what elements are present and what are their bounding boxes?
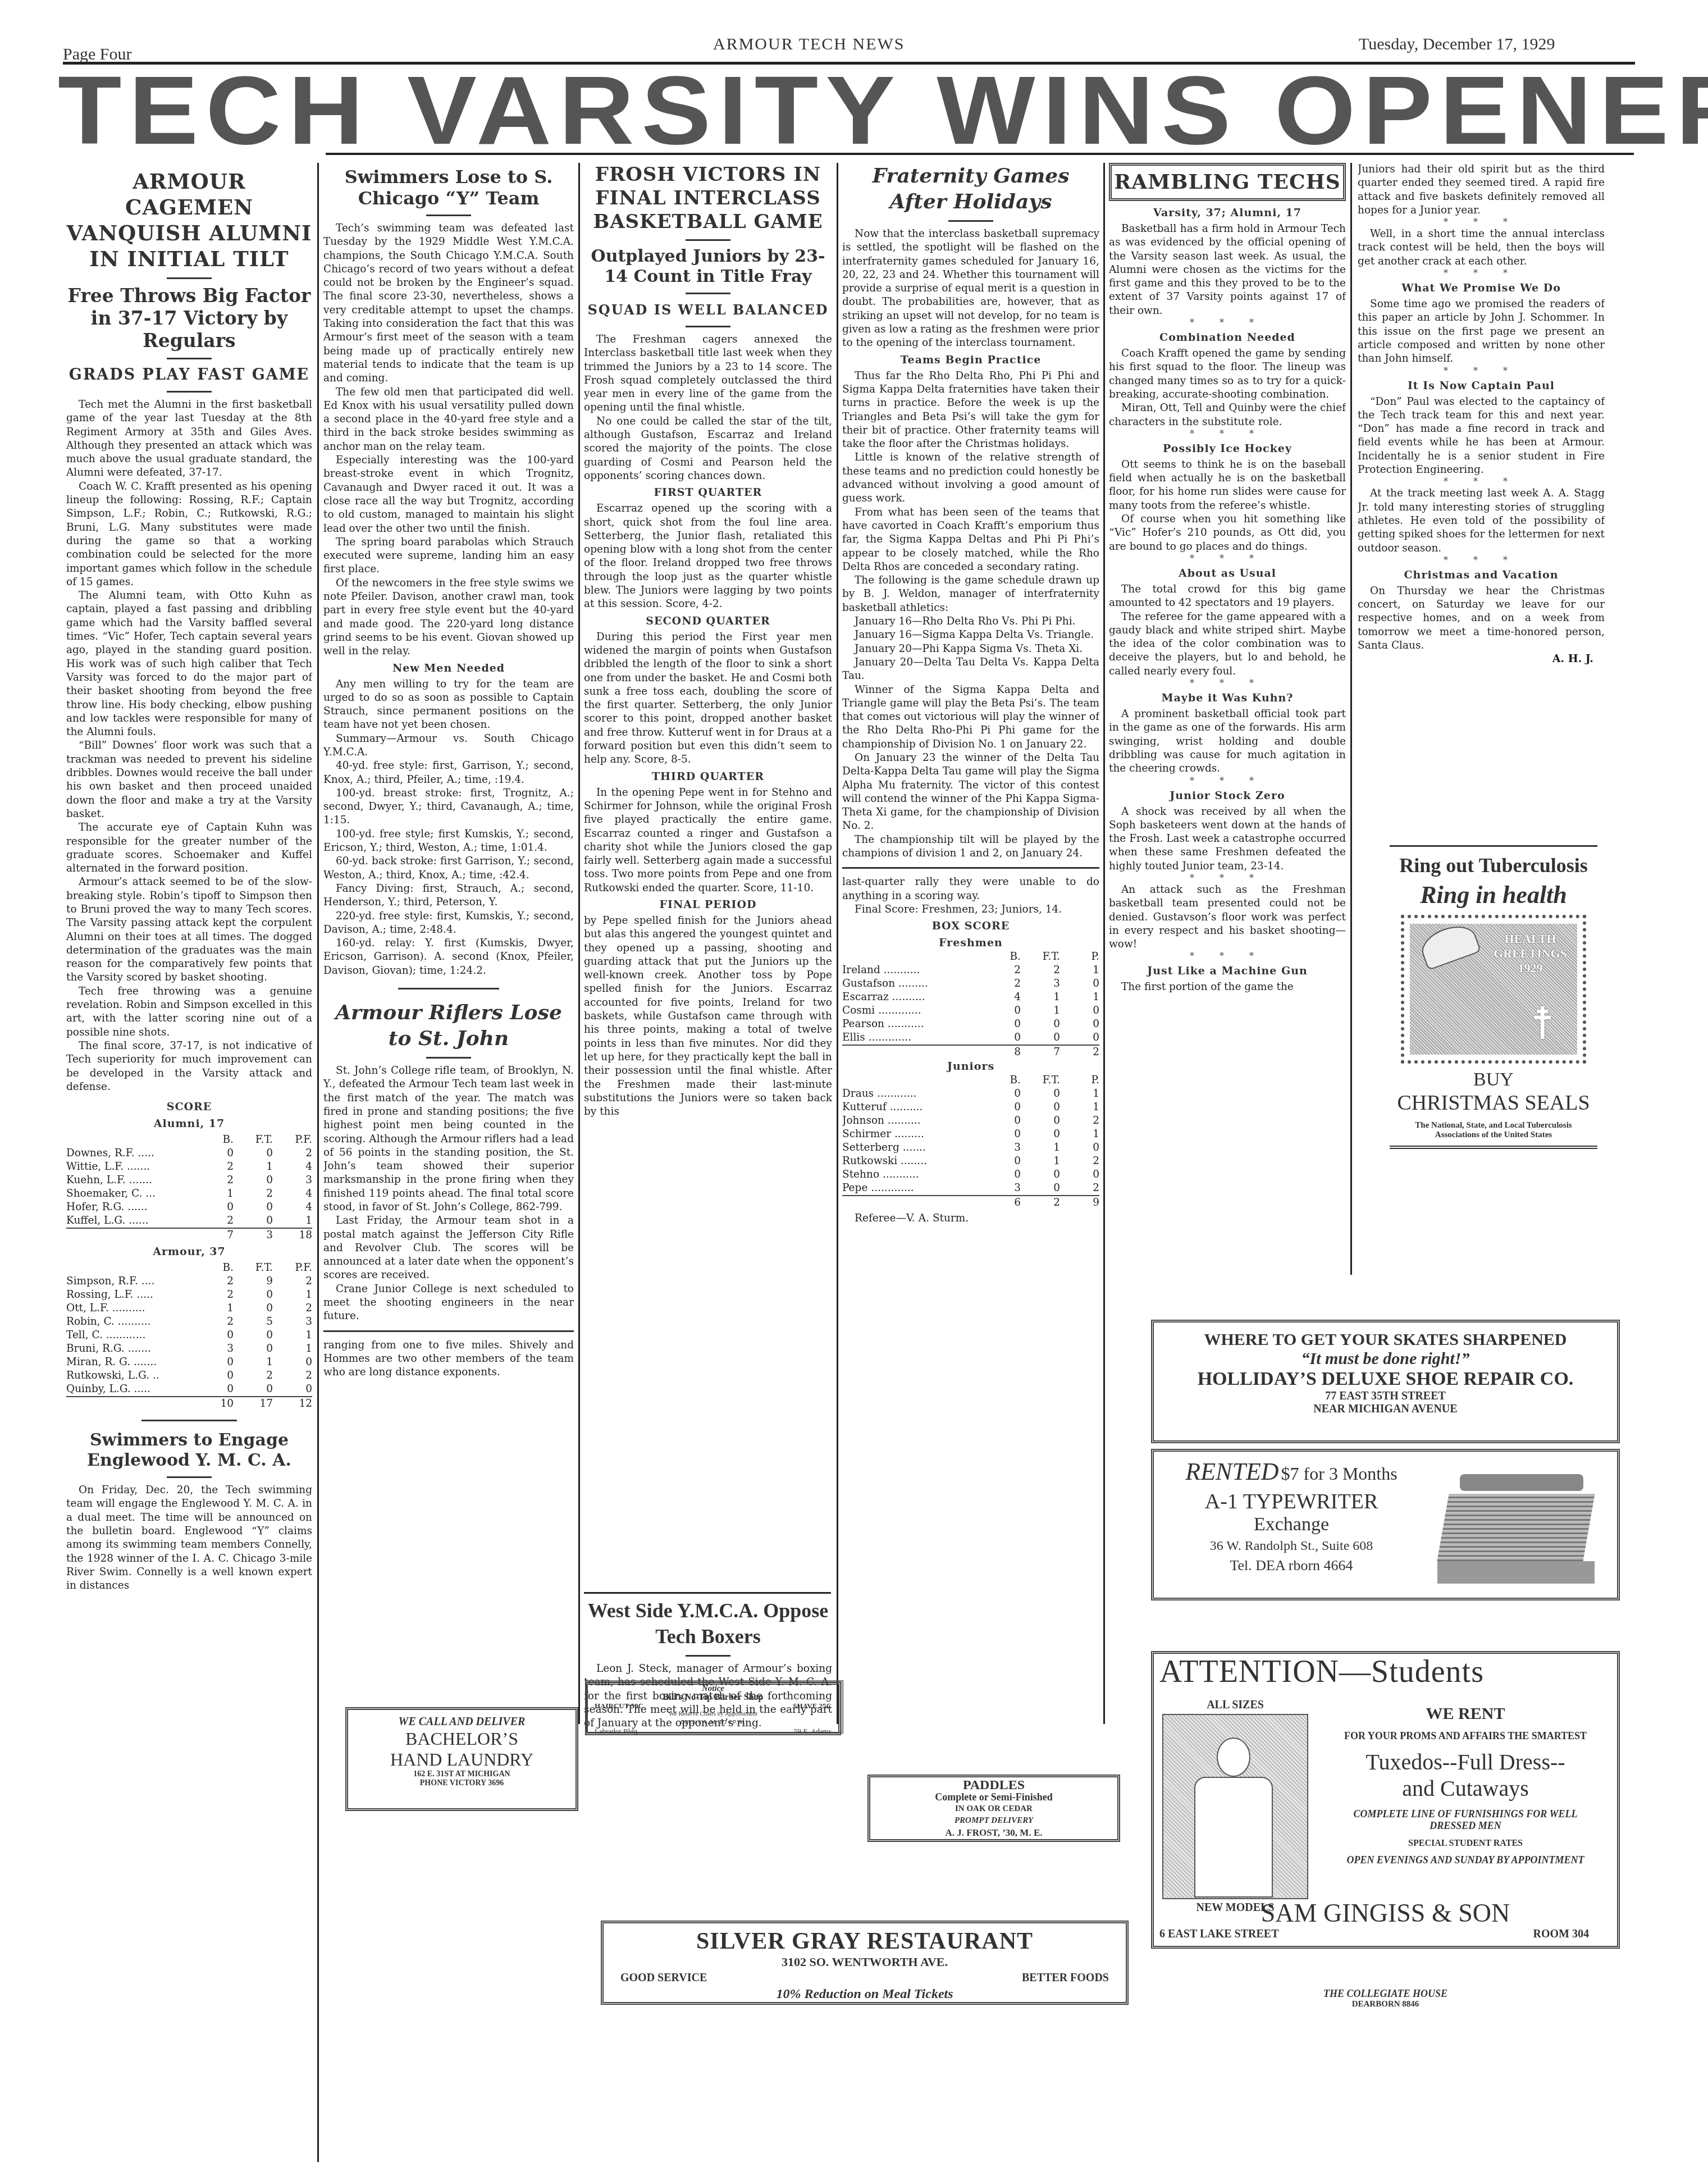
column-title: RAMBLING TECHS — [1112, 169, 1343, 195]
ad-line: OPEN 8 A. M. TO 6 P. M. — [588, 1718, 838, 1727]
divider — [426, 215, 471, 216]
paragraph: Winner of the Sigma Kappa Delta and Tria… — [842, 683, 1099, 751]
paragraph: The few old men that participated did we… — [323, 386, 574, 454]
item-heading: What We Promise We Do — [1358, 281, 1605, 295]
item-heading: Varsity, 37; Alumni, 17 — [1109, 206, 1346, 220]
ad-line: 77 EAST 35TH STREET — [1154, 1390, 1617, 1403]
article-swimmers-lose: Swimmers Lose to S. Chicago “Y” Team Tec… — [323, 163, 574, 2128]
ad-line: BETTER FOODS — [1022, 1972, 1109, 1985]
ad-tuxedo-rental: ATTENTION—Students ALL SIZES NEW MODELS … — [1151, 1651, 1620, 1949]
paper-name: ARMOUR TECH NEWS — [713, 35, 905, 54]
ad-paddles: PADDLES Complete or Semi-Finished IN OAK… — [867, 1775, 1120, 1842]
paragraph: “Bill” Downes’ floor work was such that … — [66, 739, 312, 821]
ad-line: 6 EAST LAKE STREET — [1159, 1928, 1279, 1941]
ad-line: GOOD SERVICE — [620, 1972, 707, 1985]
headline-rule — [326, 153, 1634, 155]
item-text: Basketball has a firm hold in Armour Tec… — [1109, 222, 1346, 318]
ad-silver-gray-restaurant: SILVER GRAY RESTAURANT 3102 SO. WENTWORT… — [601, 1921, 1129, 2005]
schedule-item: January 16—Sigma Kappa Delta Vs. Triangl… — [842, 628, 1099, 642]
subhead: Teams Begin Practice — [842, 353, 1099, 367]
table-row: Quinby, L.G. .....000 — [66, 1383, 312, 1397]
ad-line: and Cutaways — [1317, 1775, 1614, 1802]
divider — [141, 1420, 237, 1421]
paragraph: From what has been seen of the teams tha… — [842, 506, 1099, 574]
ad-line: COMPLETE LINE OF FURNISHINGS FOR WELL DR… — [1333, 1808, 1597, 1832]
item-text: Coach Krafft opened the game by sending … — [1109, 347, 1346, 402]
table-row: Miran, R. G. .......010 — [66, 1356, 312, 1369]
table-row: Ellis .............000 — [842, 1031, 1099, 1045]
paragraph: The final score, 37-17, is not indicativ… — [66, 1039, 312, 1094]
column-title-box: RAMBLING TECHS — [1109, 163, 1346, 201]
ad-line: IN OAK OR CEDAR — [870, 1803, 1117, 1815]
ad-line: HAIRCUT 50C — [595, 1702, 643, 1710]
totals-row: 629 — [842, 1196, 1099, 1210]
tux-ad-footer: THE COLLEGIATE HOUSE DEARBORN 8846 — [1151, 1988, 1620, 2009]
item-text: The first portion of the game the — [1109, 980, 1346, 994]
ad-line: Notice — [588, 1685, 838, 1693]
stamp-text: GREETINGS — [1494, 946, 1567, 961]
column-divider — [837, 163, 838, 1724]
article-deck: Free Throws Big Factor in 37-17 Victory … — [66, 285, 312, 352]
item-text: Miran, Ott, Tell and Quinby were the chi… — [1109, 402, 1346, 429]
table-row: Ireland ...........221 — [842, 964, 1099, 977]
ad-line: PROMPT DELIVERY — [870, 1815, 1117, 1827]
article-frosh-victors: FROSH VICTORS IN FINAL INTERCLASS BASKET… — [584, 163, 832, 1544]
ad-line: Ring in health — [1376, 881, 1611, 909]
typewriter-illustration — [1437, 1474, 1600, 1586]
column-rambling-techs-continued: Juniors had their old spirit but as the … — [1358, 163, 1605, 837]
paragraph: Escarraz opened up the scoring with a sh… — [584, 502, 832, 611]
table-row: Hofer, R.G. ......004 — [66, 1201, 312, 1214]
table-row: Shoemaker, C. ...124 — [66, 1187, 312, 1201]
separator-stars: * * * — [1358, 477, 1605, 487]
item-text: The referee for the game appeared with a… — [1109, 610, 1346, 678]
divider — [686, 239, 730, 241]
ad-line: 10% Reduction on Meal Tickets — [604, 1987, 1126, 2002]
ad-line: HOLLIDAY’S DELUXE SHOE REPAIR CO. — [1154, 1369, 1617, 1390]
divider — [426, 1057, 471, 1059]
ad-line: DEARBORN 8846 — [1151, 2000, 1620, 2009]
ad-line: FOR YOUR PROMS AND AFFAIRS THE SMARTEST — [1339, 1730, 1592, 1742]
stamp-text: 1929 — [1494, 961, 1567, 975]
paragraph: Armour’s attack seemed to be of the slow… — [66, 875, 312, 984]
table-row: Pepe .............302 — [842, 1182, 1099, 1196]
item-text: Of course when you hit something like “V… — [1109, 513, 1346, 554]
team-armour: Armour, 37 — [66, 1244, 312, 1259]
schedule-item: January 20—Delta Tau Delta Vs. Kappa Del… — [842, 656, 1099, 683]
paragraph: The championship tilt will be played by … — [842, 833, 1099, 861]
paragraph: Summary—Armour vs. South Chicago Y.M.C.A… — [323, 732, 574, 760]
ad-line: A-1 TYPEWRITER — [1159, 1489, 1423, 1514]
divider — [167, 391, 212, 393]
article-title: West Side Y.M.C.A. Oppose Tech Boxers — [584, 1598, 832, 1649]
ad-line: ATTENTION—Students — [1154, 1654, 1617, 1690]
ad-line: ALL SIZES — [1159, 1699, 1311, 1712]
paragraph: On January 23 the winner of the Delta Ta… — [842, 751, 1099, 833]
ad-line: RENTED — [1185, 1458, 1278, 1485]
divider — [1390, 1146, 1597, 1149]
divider — [323, 1330, 574, 1332]
paragraph: The Freshman cagers annexed the Intercla… — [584, 333, 832, 415]
ad-line: $7 for 3 Months — [1281, 1463, 1398, 1484]
article-title-swimmers-engage: Swimmers to Engage Englewood Y. M. C. A. — [66, 1430, 312, 1471]
ad-line: “It must be done right!” — [1154, 1349, 1617, 1369]
paragraph: Any men willing to try for the team are … — [323, 678, 574, 732]
separator-stars: * * * — [1109, 678, 1346, 688]
separator-stars: * * * — [1109, 873, 1346, 883]
table-row: Downes, R.F. .....002 — [66, 1147, 312, 1160]
subhead: New Men Needed — [323, 661, 574, 676]
divider — [686, 326, 730, 327]
table-row: Stehno ...........000 — [842, 1168, 1099, 1182]
item-text: The total crowd for this big game amount… — [1109, 583, 1346, 610]
item-heading: It Is Now Captain Paul — [1358, 378, 1605, 393]
article-fraternity-games: Fraternity Games After Holidays Now that… — [842, 163, 1099, 1724]
paragraph: by Pepe spelled finish for the Juniors a… — [584, 914, 832, 1119]
table-row: Rossing, L.F. .....201 — [66, 1288, 312, 1302]
table-row: Kuehn, L.F. .......203 — [66, 1174, 312, 1187]
final-score: Final Score: Freshmen, 23; Juniors, 14. — [842, 903, 1099, 916]
divider — [167, 358, 212, 359]
issue-date: Tuesday, December 17, 1929 — [1359, 35, 1555, 54]
column-divider — [317, 163, 319, 2162]
ad-line: THE COLLEGIATE HOUSE — [1151, 1988, 1620, 2000]
ad-line: Tel. DEA rborn 4664 — [1159, 1557, 1423, 1574]
separator-stars: * * * — [1358, 555, 1605, 565]
ad-line: SAM GINGISS & SON — [1154, 1898, 1617, 1928]
paragraph: The Alumni team, with Otto Kuhn as capta… — [66, 589, 312, 739]
paragraph: 100-yd. free style; first Kumskis, Y.; s… — [323, 828, 574, 855]
ad-line: WHERE TO GET YOUR SKATES SHARPENED — [1154, 1330, 1617, 1349]
ad-line: 3102 SO. WENTWORTH AVE. — [604, 1955, 1126, 1969]
paragraph: 220-yd. free style: first, Kumskis, Y.; … — [323, 910, 574, 937]
separator-stars: * * * — [1358, 217, 1605, 227]
item-heading: Junior Stock Zero — [1109, 788, 1346, 803]
team-alumni: Alumni, 17 — [66, 1116, 312, 1131]
ad-line: ROOM 304 — [1533, 1928, 1589, 1941]
ad-typewriter: RENTED $7 for 3 Months A-1 TYPEWRITER Ex… — [1151, 1449, 1620, 1600]
ad-line: SHAVE 25C — [793, 1702, 832, 1710]
subhead: FINAL PERIOD — [584, 897, 832, 912]
divider — [584, 1592, 831, 1594]
paragraph: 60-yd. back stroke: first Garrison, Y.; … — [323, 855, 574, 882]
table-row: Escarraz ..........411 — [842, 991, 1099, 1004]
schedule-item: January 16—Rho Delta Rho Vs. Phi Pi Phi. — [842, 615, 1099, 628]
ad-line: BUY — [1376, 1069, 1611, 1091]
table-row: Ott, L.F. ..........102 — [66, 1302, 312, 1315]
item-heading: Possibly Ice Hockey — [1109, 441, 1346, 456]
separator-stars: * * * — [1109, 554, 1346, 564]
ad-line: PADDLES — [870, 1780, 1117, 1791]
divider — [1390, 845, 1597, 847]
stamp-illustration: HEALTH GREETINGS 1929 ☨ — [1401, 915, 1586, 1064]
table-row: Simpson, R.F. ....292 — [66, 1275, 312, 1288]
paragraph: 160-yd. relay: Y. first (Kumskis, Dwyer,… — [323, 937, 574, 978]
separator-stars: * * * — [1109, 951, 1346, 961]
ad-line: Tuxedos--Full Dress-- — [1317, 1749, 1614, 1775]
item-text: On Thursday we hear the Christmas concer… — [1358, 585, 1605, 653]
item-text: Juniors had their old spirit but as the … — [1358, 163, 1605, 217]
table-row: Rutkowski, L.G. ..022 — [66, 1369, 312, 1383]
ad-line: We Reserve Chairs by Appointment — [588, 1710, 838, 1718]
paragraph: Tech met the Alumni in the first basketb… — [66, 398, 312, 480]
paragraph: Thus far the Rho Delta Rho, Phi Pi Phi a… — [842, 370, 1099, 451]
paragraph: Little is known of the relative strength… — [842, 451, 1099, 505]
totals-row: 7318 — [66, 1228, 312, 1242]
main-headline: TECH VARSITY WINS OPENER — [56, 73, 1708, 149]
signature: A. H. J. — [1358, 653, 1605, 665]
table-row: Gustafson .........230 — [842, 977, 1099, 991]
separator-stars: * * * — [1109, 429, 1346, 439]
totals-row: 101712 — [66, 1397, 312, 1411]
table-row: Pearson ...........000 — [842, 1018, 1099, 1031]
article-subdeck: SQUAD IS WELL BALANCED — [584, 300, 832, 320]
ad-skates-sharpened: WHERE TO GET YOUR SKATES SHARPENED “It m… — [1151, 1320, 1620, 1443]
article-title: Fraternity Games After Holidays — [842, 163, 1099, 215]
ad-christmas-seals: Ring out Tuberculosis Ring in health HEA… — [1376, 845, 1611, 1278]
bell-icon — [1417, 920, 1481, 971]
table-row: Bruni, R.G. .......301 — [66, 1342, 312, 1356]
ad-line: 59 E. Adams — [794, 1727, 832, 1735]
ad-line: CHRISTMAS SEALS — [1376, 1091, 1611, 1115]
referee: Referee—V. A. Sturm. — [842, 1212, 1099, 1225]
paragraph: Fancy Diving: first, Strauch, A.; second… — [323, 882, 574, 910]
article-title-riflers: Armour Riflers Lose to St. John — [323, 1000, 574, 1051]
item-text: “Don” Paul was elected to the captaincy … — [1358, 395, 1605, 477]
stamp-text: HEALTH — [1494, 932, 1567, 946]
armour-box-score: B.F.T.P.F. Simpson, R.F. ....292 Rossing… — [66, 1261, 312, 1411]
ad-line: OPEN EVENINGS AND SUNDAY BY APPOINTMENT — [1333, 1854, 1597, 1866]
item-text: Some time ago we promised the readers of… — [1358, 298, 1605, 366]
ad-line: NEAR MICHIGAN AVENUE — [1154, 1403, 1617, 1416]
paragraph: Last Friday, the Armour team shot in a p… — [323, 1214, 574, 1282]
separator-stars: * * * — [1109, 776, 1346, 786]
item-heading: Just Like a Machine Gun — [1109, 964, 1346, 978]
divider — [167, 277, 212, 279]
paragraph: In the opening Pepe went in for Stehno a… — [584, 786, 832, 895]
ad-line: Complete or Semi-Finished — [870, 1791, 1117, 1803]
ad-line: HAND LAUNDRY — [348, 1749, 576, 1770]
double-cross-icon: ☨ — [1530, 1002, 1555, 1047]
subhead: THIRD QUARTER — [584, 769, 832, 784]
alumni-box-score: B.F.T.P.F. Downes, R.F. .....002 Wittie,… — [66, 1133, 312, 1242]
paragraph: Especially interesting was the 100-yard … — [323, 454, 574, 536]
ad-line: WE RENT — [1317, 1704, 1614, 1723]
table-row: Cosmi .............010 — [842, 1004, 1099, 1018]
ad-line: SILVER GRAY RESTAURANT — [604, 1928, 1126, 1955]
item-text: A shock was received by all when the Sop… — [1109, 805, 1346, 873]
article-title: FROSH VICTORS IN FINAL INTERCLASS BASKET… — [584, 163, 832, 234]
table-row: Johnson ..........002 — [842, 1114, 1099, 1128]
ad-line: Bill’s No-Tip Barber Shop — [588, 1693, 838, 1702]
table-row: Rutkowski ........012 — [842, 1155, 1099, 1168]
divider — [398, 988, 499, 989]
freshmen-box-score: B.F.T.P. Ireland ...........221 Gustafso… — [842, 950, 1099, 1059]
ad-line: PHONE VICTORY 3696 — [348, 1779, 576, 1788]
table-row: Robin, C. ..........253 — [66, 1315, 312, 1329]
paragraph: Coach W. C. Krafft presented as his open… — [66, 480, 312, 589]
paragraph: Of the newcomers in the free style swims… — [323, 577, 574, 659]
ad-line: The National, State, and Local Tuberculo… — [1398, 1121, 1589, 1140]
paragraph-continued: last-quarter rally they were unable to d… — [842, 875, 1099, 903]
divider — [842, 867, 1099, 869]
article-title: ARMOUR CAGEMEN VANQUISH ALUMNI IN INITIA… — [66, 168, 312, 272]
paragraph: The spring board parabolas which Strauch… — [323, 536, 574, 577]
paragraph: On Friday, Dec. 20, the Tech swimming te… — [66, 1484, 312, 1593]
table-row: Draus ............001 — [842, 1087, 1099, 1101]
separator-stars: * * * — [1358, 366, 1605, 376]
article-deck: Outplayed Juniors by 23-14 Count in Titl… — [584, 247, 832, 287]
ad-line: SPECIAL STUDENT RATES — [1317, 1839, 1614, 1849]
ad-line: 162 E. 31ST AT MICHIGAN — [348, 1770, 576, 1779]
man-in-suit-illustration — [1162, 1714, 1308, 1899]
subhead: FIRST QUARTER — [584, 485, 832, 500]
paragraph: Tech free throwing was a genuine revelat… — [66, 985, 312, 1039]
schedule-item: January 20—Phi Kappa Sigma Vs. Theta Xi. — [842, 642, 1099, 656]
paragraph-continued: ranging from one to five miles. Shively … — [323, 1339, 574, 1380]
item-heading: Maybe it Was Kuhn? — [1109, 691, 1346, 705]
score-title: SCORE — [66, 1100, 312, 1114]
item-text: A prominent basketball official took par… — [1109, 708, 1346, 776]
paragraph: 40-yd. free style: first, Garrison, Y.; … — [323, 759, 574, 787]
team-juniors: Juniors — [842, 1059, 1099, 1074]
article-title: Swimmers Lose to S. Chicago “Y” Team — [323, 166, 574, 209]
subhead: SECOND QUARTER — [584, 614, 832, 628]
paragraph: St. John’s College rifle team, of Brookl… — [323, 1064, 574, 1214]
table-row: Wittie, L.F. .......214 — [66, 1160, 312, 1174]
juniors-box-score: B.F.T.P. Draus ............001 Kutteruf … — [842, 1074, 1099, 1210]
paragraph: Tech’s swimming team was defeated last T… — [323, 222, 574, 386]
column-divider — [1350, 163, 1352, 1275]
ad-line: BACHELOR’S — [348, 1729, 576, 1749]
item-heading: Combination Needed — [1109, 330, 1346, 345]
paragraph: Crane Junior College is next scheduled t… — [323, 1283, 574, 1324]
ad-line: WE CALL AND DELIVER — [348, 1716, 576, 1729]
ad-line: A. J. FROST, ’30, M. E. — [870, 1827, 1117, 1839]
paragraph: Now that the interclass basketball supre… — [842, 227, 1099, 350]
item-heading: Christmas and Vacation — [1358, 568, 1605, 582]
article-cagemen: ARMOUR CAGEMEN VANQUISH ALUMNI IN INITIA… — [66, 163, 312, 2162]
item-text: Ott seems to think he is on the baseball… — [1109, 458, 1346, 513]
column-divider — [1103, 163, 1105, 1724]
table-row: Kuffel, L.G. ......201 — [66, 1214, 312, 1228]
article-subdeck: GRADS PLAY FAST GAME — [66, 365, 312, 385]
table-row: Setterberg .......310 — [842, 1141, 1099, 1155]
table-row: Kutteruf ..........001 — [842, 1101, 1099, 1114]
paragraph: The following is the game schedule drawn… — [842, 574, 1099, 615]
separator-stars: * * * — [1358, 268, 1605, 279]
paragraph: No one could be called the star of the t… — [584, 415, 832, 483]
team-freshmen: Freshmen — [842, 936, 1099, 950]
item-text: At the track meeting last week A. A. Sta… — [1358, 487, 1605, 555]
column-rambling-techs: RAMBLING TECHS Varsity, 37; Alumni, 17 B… — [1109, 163, 1346, 1275]
divider — [948, 220, 993, 222]
table-row: Tell, C. ............001 — [66, 1329, 312, 1342]
paragraph: 100-yd. breast stroke: first, Trognitz, … — [323, 787, 574, 828]
item-heading: About as Usual — [1109, 566, 1346, 581]
ad-bills-barber: Notice Bill’s No-Tip Barber Shop HAIRCUT… — [585, 1682, 841, 1735]
ad-hand-laundry: WE CALL AND DELIVER BACHELOR’S HAND LAUN… — [345, 1707, 578, 1811]
paragraph: The accurate eye of Captain Kuhn was res… — [66, 821, 312, 875]
table-row: Schirmer .........001 — [842, 1128, 1099, 1141]
paragraph: During this period the First year men wi… — [584, 631, 832, 767]
totals-row: 872 — [842, 1045, 1099, 1059]
divider — [167, 1476, 212, 1478]
box-score-title: BOX SCORE — [842, 919, 1099, 933]
ad-line: Labrador Bldg. — [595, 1727, 639, 1735]
column-divider — [578, 163, 580, 1724]
item-text: Well, in a short time the annual intercl… — [1358, 227, 1605, 268]
separator-stars: * * * — [1109, 318, 1346, 328]
item-text: An attack such as the Freshman basketbal… — [1109, 883, 1346, 951]
divider — [686, 1655, 730, 1657]
ad-line: 36 W. Randolph St., Suite 608 — [1159, 1539, 1423, 1554]
ad-line: Exchange — [1159, 1514, 1423, 1535]
divider — [686, 293, 730, 294]
ad-line: Ring out Tuberculosis — [1376, 854, 1611, 877]
